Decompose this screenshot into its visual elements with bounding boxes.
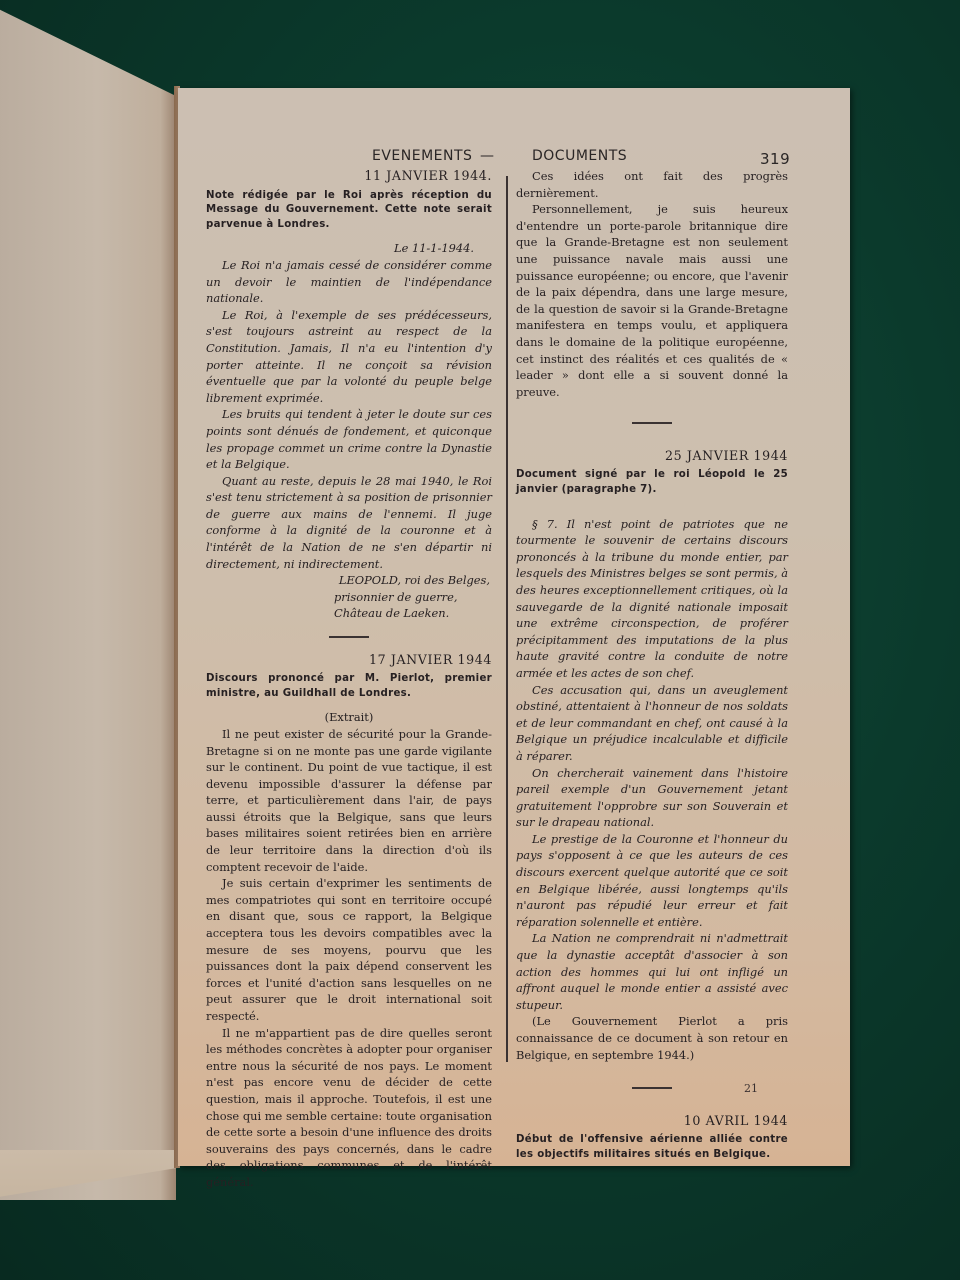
left-column: 11 JANVIER 1944. Note rédigée par le Roi… (206, 168, 492, 1191)
entry-date: 10 AVRIL 1944 (516, 1113, 788, 1130)
running-head: EVENEMENTS — DOCUMENTS 319 (178, 146, 850, 170)
paragraph: Les bruits qui tendent à jeter le doute … (206, 406, 492, 472)
signature-line: LEOPOLD, roi des Belges, (206, 572, 492, 589)
section-rule (632, 422, 672, 424)
running-head-dash: — (480, 148, 495, 164)
paragraph: Je suis certain d'exprimer les sentiment… (206, 875, 492, 1024)
entry-25-janvier: 25 JANVIER 1944 Document signé par le ro… (516, 448, 788, 1063)
entry-subtitle: (Extrait) (206, 709, 492, 726)
entry-caption: Début de l'offensive aérienne alliée con… (516, 1133, 788, 1162)
running-head-right: DOCUMENTS (532, 148, 627, 164)
paragraph: § 7. Il n'est point de patriotes que ne … (516, 516, 788, 682)
entry-caption: Note rédigée par le Roi après réception … (206, 189, 492, 233)
entry-17-janvier: 17 JANVIER 1944 Discours prononcé par M.… (206, 652, 492, 1191)
signature-mark: 21 (744, 1082, 758, 1095)
signature-line: prisonnier de guerre, (206, 589, 492, 606)
section-rule (329, 636, 369, 638)
dateline: Le 11-1-1944. (206, 240, 492, 257)
entry-10-avril: 10 AVRIL 1944 Début de l'offensive aérie… (516, 1113, 788, 1163)
entry-caption: Discours prononcé par M. Pierlot, premie… (206, 672, 492, 701)
paragraph: On chercherait vainement dans l'histoire… (516, 765, 788, 831)
paragraph: Le prestige de la Couronne et l'honneur … (516, 831, 788, 931)
paragraph: La Nation ne comprendrait ni n'admettrai… (516, 930, 788, 1013)
paragraph: Le Roi n'a jamais cessé de considérer co… (206, 257, 492, 307)
page-number: 319 (760, 150, 790, 168)
editor-note: (Le Gouvernement Pierlot a pris connaiss… (516, 1013, 788, 1063)
entry-caption: Document signé par le roi Léopold le 25 … (516, 468, 788, 497)
paragraph: Ces idées ont fait des progrès dernièrem… (516, 168, 788, 201)
signature-line: Château de Laeken. (206, 605, 492, 622)
paragraph: Ces accusation qui, dans un aveuglement … (516, 682, 788, 765)
entry-date: 11 JANVIER 1944. (206, 168, 492, 185)
book-page: EVENEMENTS — DOCUMENTS 319 11 JANVIER 19… (178, 88, 850, 1166)
column-divider (506, 176, 508, 1062)
entry-date: 17 JANVIER 1944 (206, 652, 492, 669)
entry-date: 25 JANVIER 1944 (516, 448, 788, 465)
entry-11-janvier: 11 JANVIER 1944. Note rédigée par le Roi… (206, 168, 492, 622)
paragraph: Le Roi, à l'exemple de ses prédécesseurs… (206, 307, 492, 407)
section-rule (632, 1087, 672, 1089)
paragraph: Quant au reste, depuis le 28 mai 1940, l… (206, 473, 492, 573)
right-column: Ces idées ont fait des progrès dernièrem… (516, 168, 788, 1170)
paragraph: Il ne peut exister de sécurité pour la G… (206, 726, 492, 875)
running-head-left: EVENEMENTS (372, 148, 472, 164)
paragraph: Il ne m'appartient pas de dire quelles s… (206, 1025, 492, 1191)
paragraph: Personnellement, je suis heureux d'enten… (516, 201, 788, 400)
facing-left-page (0, 0, 176, 1200)
